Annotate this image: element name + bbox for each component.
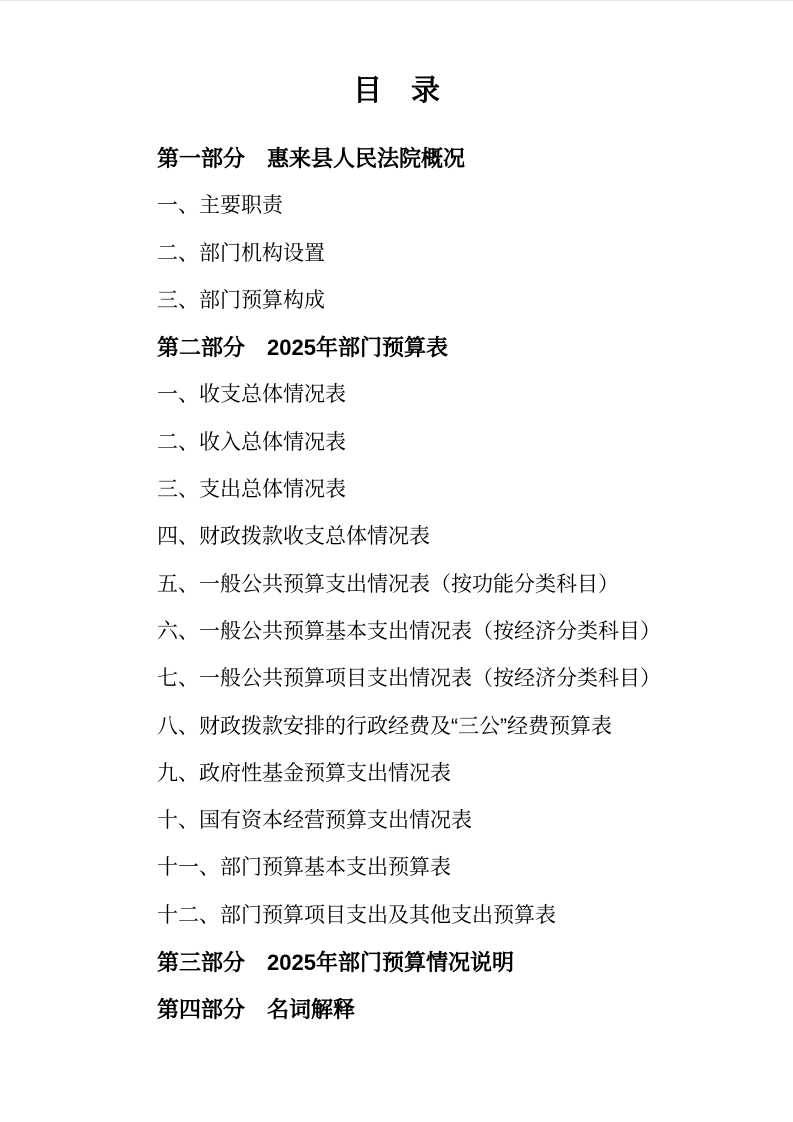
toc-entry-label: 三、部门预算构成 (157, 289, 325, 312)
toc-item: 一、收支总体情况表 (157, 371, 763, 418)
document-page: 目 录 第一部分 惠来县人民法院概况 一、主要职责 二、部门机构设置 三、部门预… (0, 0, 793, 1122)
toc-item: 二、部门机构设置 (157, 230, 763, 277)
toc-item: 一、主要职责 (157, 182, 763, 229)
toc-entry-label: 八、财政拨款安排的行政经费及“三公”经费预算表 (157, 715, 612, 738)
toc-item: 三、部门预算构成 (157, 277, 763, 324)
toc-entry-label: 一、主要职责 (157, 194, 283, 217)
toc-entry-label: 二、收入总体情况表 (157, 431, 346, 454)
toc-entry-label: 二、部门机构设置 (157, 242, 325, 265)
toc-entry-label: 十、国有资本经营预算支出情况表 (157, 809, 472, 832)
toc-part-heading: 第三部分 2025年部门预算情况说明 (157, 939, 763, 986)
toc-entry-label: 十一、部门预算基本支出预算表 (157, 856, 451, 879)
toc-entry-label: 七、一般公共预算项目支出情况表（按经济分类科目） (157, 667, 661, 690)
toc-item: 十、国有资本经营预算支出情况表 (157, 797, 763, 844)
toc-entry-label: 第一部分 惠来县人民法院概况 (157, 146, 465, 171)
toc-item: 十二、部门预算项目支出及其他支出预算表 (157, 892, 763, 939)
toc-item: 三、支出总体情况表 (157, 466, 763, 513)
toc-part-heading: 第四部分 名词解释 (157, 986, 763, 1033)
toc-item: 九、政府性基金预算支出情况表 (157, 750, 763, 797)
toc-entry-label: 六、一般公共预算基本支出情况表（按经济分类科目） (157, 620, 661, 643)
table-of-contents: 第一部分 惠来县人民法院概况 一、主要职责 二、部门机构设置 三、部门预算构成 … (0, 135, 793, 1034)
toc-item: 二、收入总体情况表 (157, 419, 763, 466)
toc-entry-label: 五、一般公共预算支出情况表（按功能分类科目） (157, 573, 619, 596)
page-title: 目 录 (0, 1, 793, 109)
toc-part-heading: 第一部分 惠来县人民法院概况 (157, 135, 763, 182)
toc-entry-label: 第三部分 2025年部门预算情况说明 (157, 950, 514, 975)
toc-item: 五、一般公共预算支出情况表（按功能分类科目） (157, 561, 763, 608)
toc-part-heading: 第二部分 2025年部门预算表 (157, 324, 763, 371)
toc-entry-label: 十二、部门预算项目支出及其他支出预算表 (157, 904, 556, 927)
toc-item: 四、财政拨款收支总体情况表 (157, 513, 763, 560)
toc-entry-label: 一、收支总体情况表 (157, 383, 346, 406)
toc-entry-label: 九、政府性基金预算支出情况表 (157, 762, 451, 785)
toc-entry-label: 三、支出总体情况表 (157, 478, 346, 501)
toc-item: 八、财政拨款安排的行政经费及“三公”经费预算表 (157, 703, 763, 750)
toc-entry-label: 第四部分 名词解释 (157, 997, 355, 1022)
toc-entry-label: 四、财政拨款收支总体情况表 (157, 525, 430, 548)
toc-item: 七、一般公共预算项目支出情况表（按经济分类科目） (157, 655, 763, 702)
toc-item: 六、一般公共预算基本支出情况表（按经济分类科目） (157, 608, 763, 655)
toc-entry-label: 第二部分 2025年部门预算表 (157, 335, 448, 360)
toc-item: 十一、部门预算基本支出预算表 (157, 844, 763, 891)
